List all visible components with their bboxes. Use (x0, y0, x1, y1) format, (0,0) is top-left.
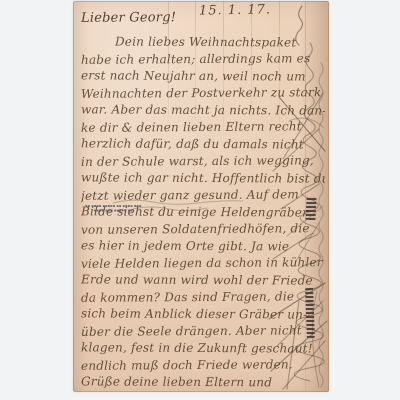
handwriting-line: viele Helden liegen da schon in kühler (81, 254, 325, 273)
handwriting-line: ke dir & deinen lieben Eltern recht (81, 118, 325, 137)
postcard-photo: 15. 1. 17. Lieber Georg! Dein liebes Wei… (73, 1, 329, 392)
handwriting-line: von unseren Soldatenfriedhöfen, die (81, 220, 325, 239)
handwriting-line: erst nach Neujahr an, weil noch um (81, 67, 325, 85)
handwriting-line: da kommen? Das sind Fragen, die (81, 288, 325, 307)
handwriting-line: war. Aber das macht ja nichts. Ich dan- (81, 101, 325, 119)
handwriting-line: über die Seele drängen. Aber nicht (81, 322, 325, 341)
handwritten-message: Lieber Georg! Dein liebes Weihnachtspake… (81, 9, 325, 389)
handwriting-line: jetzt wieder ganz gesund. Auf dem (81, 186, 325, 205)
handwriting-line: klagen, fest in die Zukunft geschaut! (81, 339, 325, 357)
handwriting-line: es hier in jedem Orte gibt. Ja wie (81, 237, 325, 255)
handwriting-line: wußte ich gar nicht. Hoffentlich bist du (81, 169, 325, 187)
handwriting-line: sich beim Anblick dieser Gräber un- (81, 305, 325, 323)
salutation-line: Lieber Georg! (81, 9, 325, 27)
handwriting-line: Erde und wann wird wohl der Friede (81, 271, 325, 289)
handwriting-line: Weihnachten der Postverkehr zu stark (81, 84, 325, 103)
handwriting-line: Grüße deine lieben Eltern und (81, 373, 325, 389)
overprint-line: ▪▪▪▪ ▪▪▪ ▪▪▪▪▪ ▪▪ (85, 208, 178, 212)
handwriting-line: habe ich erhalten; allerdings kam es (81, 50, 325, 69)
handwriting-line: in der Schule warst, als ich wegging, (81, 152, 325, 171)
handwriting-line: Dein liebes Weihnachtspaket (81, 33, 325, 51)
handwriting-line: herzlich dafür, daß du damals nicht (81, 135, 325, 153)
handwriting-line: endlich muß doch Friede werden. (81, 356, 325, 375)
scanned-postcard-photo: { "page": { "background_color": "#f2f3f4… (0, 0, 400, 400)
tiny-overprint-mark: ▪▪ ▪▪▪▪ ▪▪▪▪▪ ▪▪ ▪▪▪▪ ▪▪▪ ▪▪▪▪ ▪▪▪ ▪▪▪▪▪… (85, 204, 178, 213)
